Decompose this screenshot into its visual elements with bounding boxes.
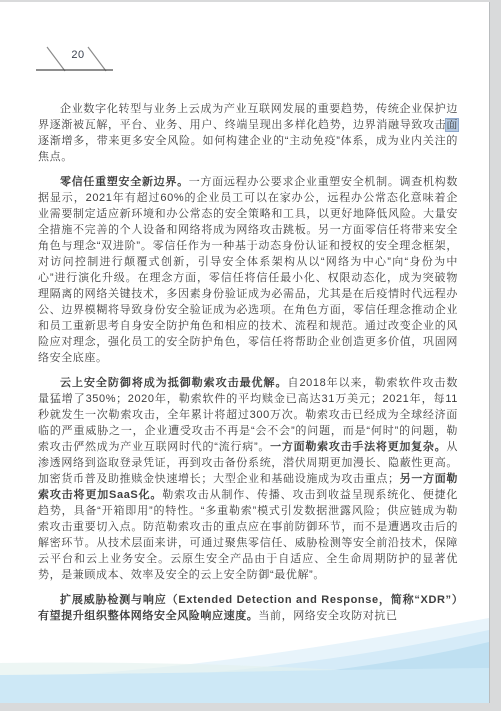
paragraph: 云上安全防御将成为抵御勒索攻击最优解。自2018年以来，勒索软件攻击数量猛增了3…: [38, 375, 458, 583]
footer-wave-decoration: [0, 618, 489, 703]
page-number: 20: [67, 49, 89, 61]
pdf-viewport: 20 企业数字化转型与业务上云成为产业互联网发展的重要趋势，传统企业保护边界逐渐…: [0, 0, 501, 711]
text-segment: 企业数字化转型与业务上云成为产业互联网发展的重要趋势，传统企业保护边界逐渐被瓦解…: [38, 103, 458, 131]
document-page: 20 企业数字化转型与业务上云成为产业互联网发展的重要趋势，传统企业保护边界逐渐…: [0, 2, 490, 703]
text-segment: 云上安全防御将成为抵御勒索攻击最优解。: [60, 377, 287, 389]
text-segment: 一方面勒索攻击手法将更加复杂。: [270, 441, 446, 453]
paragraph: 零信任重塑安全新边界。一方面远程办公要求企业重塑安全机制。调查机构数据显示，20…: [38, 174, 458, 366]
highlighted-character: 面: [446, 119, 458, 131]
text-segment: 勒索攻击从制作、传播、攻击到收益呈现系统化、便捷化趋势，具备“开箱即用”的特性。…: [38, 489, 458, 581]
paragraph: 企业数字化转型与业务上云成为产业互联网发展的重要趋势，传统企业保护边界逐渐被瓦解…: [38, 101, 458, 165]
document-body: 企业数字化转型与业务上云成为产业互联网发展的重要趋势，传统企业保护边界逐渐被瓦解…: [38, 101, 458, 633]
text-segment: 逐渐增多，带来更多安全风险。如何构建企业的“主动免疫”体系，成为业内关注的焦点。: [38, 135, 458, 163]
text-segment: 零信任重塑安全新边界。: [60, 176, 189, 188]
page-number-ornament: 20: [36, 45, 116, 73]
text-segment: 一方面远程办公要求企业重塑安全机制。调查机构数据显示，2021年有超过60%的企…: [38, 176, 458, 364]
